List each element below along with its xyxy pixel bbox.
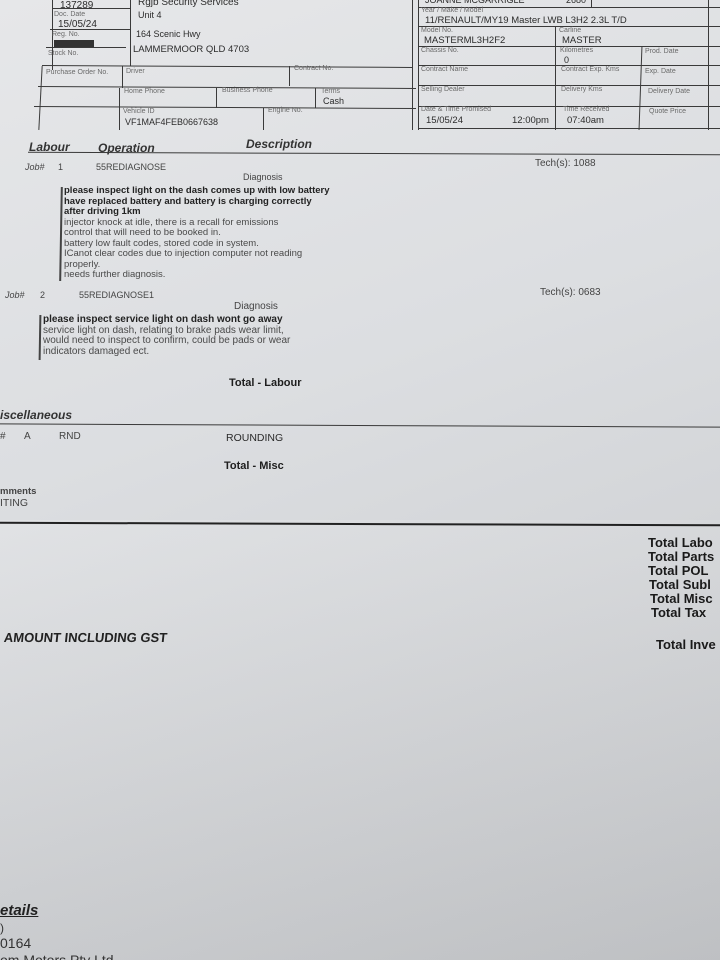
note-line: indicators damaged ect. — [43, 347, 290, 358]
total-labour-label: Total - Labour — [229, 377, 302, 389]
details-line1: ) — [0, 921, 4, 935]
note-line: ICanot clear codes due to injection comp… — [64, 249, 330, 260]
year-make-model-label: Year / Make / Model — [421, 7, 483, 14]
comments-value: ITING — [0, 497, 28, 509]
address-line2: 164 Scenic Hwy — [136, 29, 201, 39]
description-header: Description — [246, 137, 312, 151]
paper-shading — [0, 520, 720, 960]
exp-date-label: Exp. Date — [645, 68, 676, 75]
job-title: Diagnosis — [243, 172, 283, 182]
doc-number: 137289 — [60, 0, 93, 11]
misc-description: ROUNDING — [226, 432, 283, 444]
prod-date-label: Prod. Date — [645, 48, 678, 55]
total-invoice-label: Total Inve — [656, 638, 716, 652]
job-label: Job# — [5, 290, 25, 300]
quote-price-label: Quote Price — [649, 108, 686, 115]
time-promised: 12:00pm — [512, 115, 549, 126]
details-line2: 0164 — [0, 935, 31, 951]
note-line: would need to inspect to confirm, could … — [43, 336, 290, 347]
misc-code: RND — [59, 431, 81, 442]
terms-value: Cash — [323, 96, 344, 106]
amount-including-gst-label: AMOUNT INCLUDING GST — [3, 630, 168, 645]
job-number: 2 — [40, 290, 45, 300]
job-description: please inspect light on the dash comes u… — [64, 186, 330, 281]
total-misc-line: Total Misc — [650, 592, 714, 606]
techs: Tech(s): 0683 — [540, 287, 601, 298]
techs: Tech(s): 1088 — [535, 158, 596, 169]
reg-no-label: Reg. No. — [52, 31, 80, 38]
carline-label: Carline — [559, 27, 581, 34]
total-pol-line: Total POL — [648, 564, 714, 578]
customer-name: Rgjb Security Services — [138, 0, 239, 8]
time-received: 07:40am — [567, 115, 604, 126]
carline: MASTER — [562, 35, 602, 46]
contact-name: JOANNE MCGARRIGLE — [425, 0, 525, 5]
request-line: please inspect service light on dash won… — [43, 315, 290, 326]
model-no: MASTERML3H2F2 — [424, 35, 505, 46]
business-phone-label: Business Phone — [222, 87, 273, 94]
job-title: Diagnosis — [234, 301, 278, 312]
year-make-model: 11/RENAULT/MY19 Master LWB L3H2 2.3L T/D — [425, 15, 627, 26]
total-misc-label: Total - Misc — [224, 460, 284, 472]
job-label: Job# — [25, 162, 45, 172]
details-line3: om Motors Pty Ltd — [0, 952, 114, 960]
job-description: please inspect service light on dash won… — [43, 315, 290, 357]
misc-col2: A — [24, 431, 31, 442]
selling-dealer-label: Selling Dealer — [421, 86, 465, 93]
time-received-label: Time Received — [563, 106, 609, 113]
model-no-label: Model No. — [421, 27, 453, 34]
delivery-kms-label: Delivery Kms — [561, 86, 602, 93]
kilometres-label: Kilometres — [560, 47, 593, 54]
delivery-date-label: Delivery Date — [648, 88, 690, 95]
contact-code: 2680 — [566, 0, 586, 5]
kilometres: 0 — [564, 55, 569, 65]
misc-header: iscellaneous — [0, 408, 72, 422]
stock-no-label: Stock No. — [48, 50, 78, 57]
request-line: please inspect light on the dash comes u… — [64, 186, 330, 197]
vehicle-id-label: Vehicle ID — [123, 108, 155, 115]
date-time-promised-label: Date & Time Promised — [421, 106, 491, 113]
engine-no-label: Engine No. — [268, 107, 303, 114]
vehicle-id: VF1MAF4FEB0667638 — [125, 117, 218, 127]
address-line1: Unit 4 — [138, 10, 162, 20]
job-number: 1 — [58, 162, 63, 172]
address-line3: LAMMERMOOR QLD 4703 — [133, 44, 249, 55]
comments-header: mments — [0, 486, 36, 497]
contract-exp-kms-label: Contract Exp. Kms — [561, 66, 619, 73]
totals-list: Total Labo Total Parts Total POL Total S… — [648, 536, 714, 620]
doc-date: 15/05/24 — [58, 19, 97, 30]
date-promised: 15/05/24 — [426, 115, 463, 126]
misc-col1: # — [0, 431, 6, 442]
total-sublet-line: Total Subl — [649, 578, 714, 592]
driver-label: Driver — [126, 68, 145, 75]
contract-name-label: Contract Name — [421, 66, 468, 73]
note-line: needs further diagnosis. — [64, 270, 330, 281]
operation-code: 55REDIAGNOSE1 — [79, 290, 154, 300]
terms-label: Terms — [321, 88, 340, 95]
reg-no-redacted — [54, 40, 94, 47]
contract-no-label: Contract No. — [294, 65, 333, 72]
total-tax-line: Total Tax — [651, 606, 714, 620]
total-parts-line: Total Parts — [648, 550, 714, 564]
chassis-no-label: Chassis No. — [421, 47, 459, 54]
purchase-order-label: Purchase Order No. — [46, 69, 108, 76]
operation-code: 55REDIAGNOSE — [96, 162, 166, 172]
note-line: control that will need to be booked in. — [64, 228, 330, 239]
doc-date-label: Doc. Date — [54, 11, 85, 18]
total-labour-line: Total Labo — [648, 536, 714, 550]
request-line: after driving 1km — [64, 207, 330, 218]
details-header: etails — [0, 902, 38, 919]
home-phone-label: Home Phone — [124, 88, 165, 95]
